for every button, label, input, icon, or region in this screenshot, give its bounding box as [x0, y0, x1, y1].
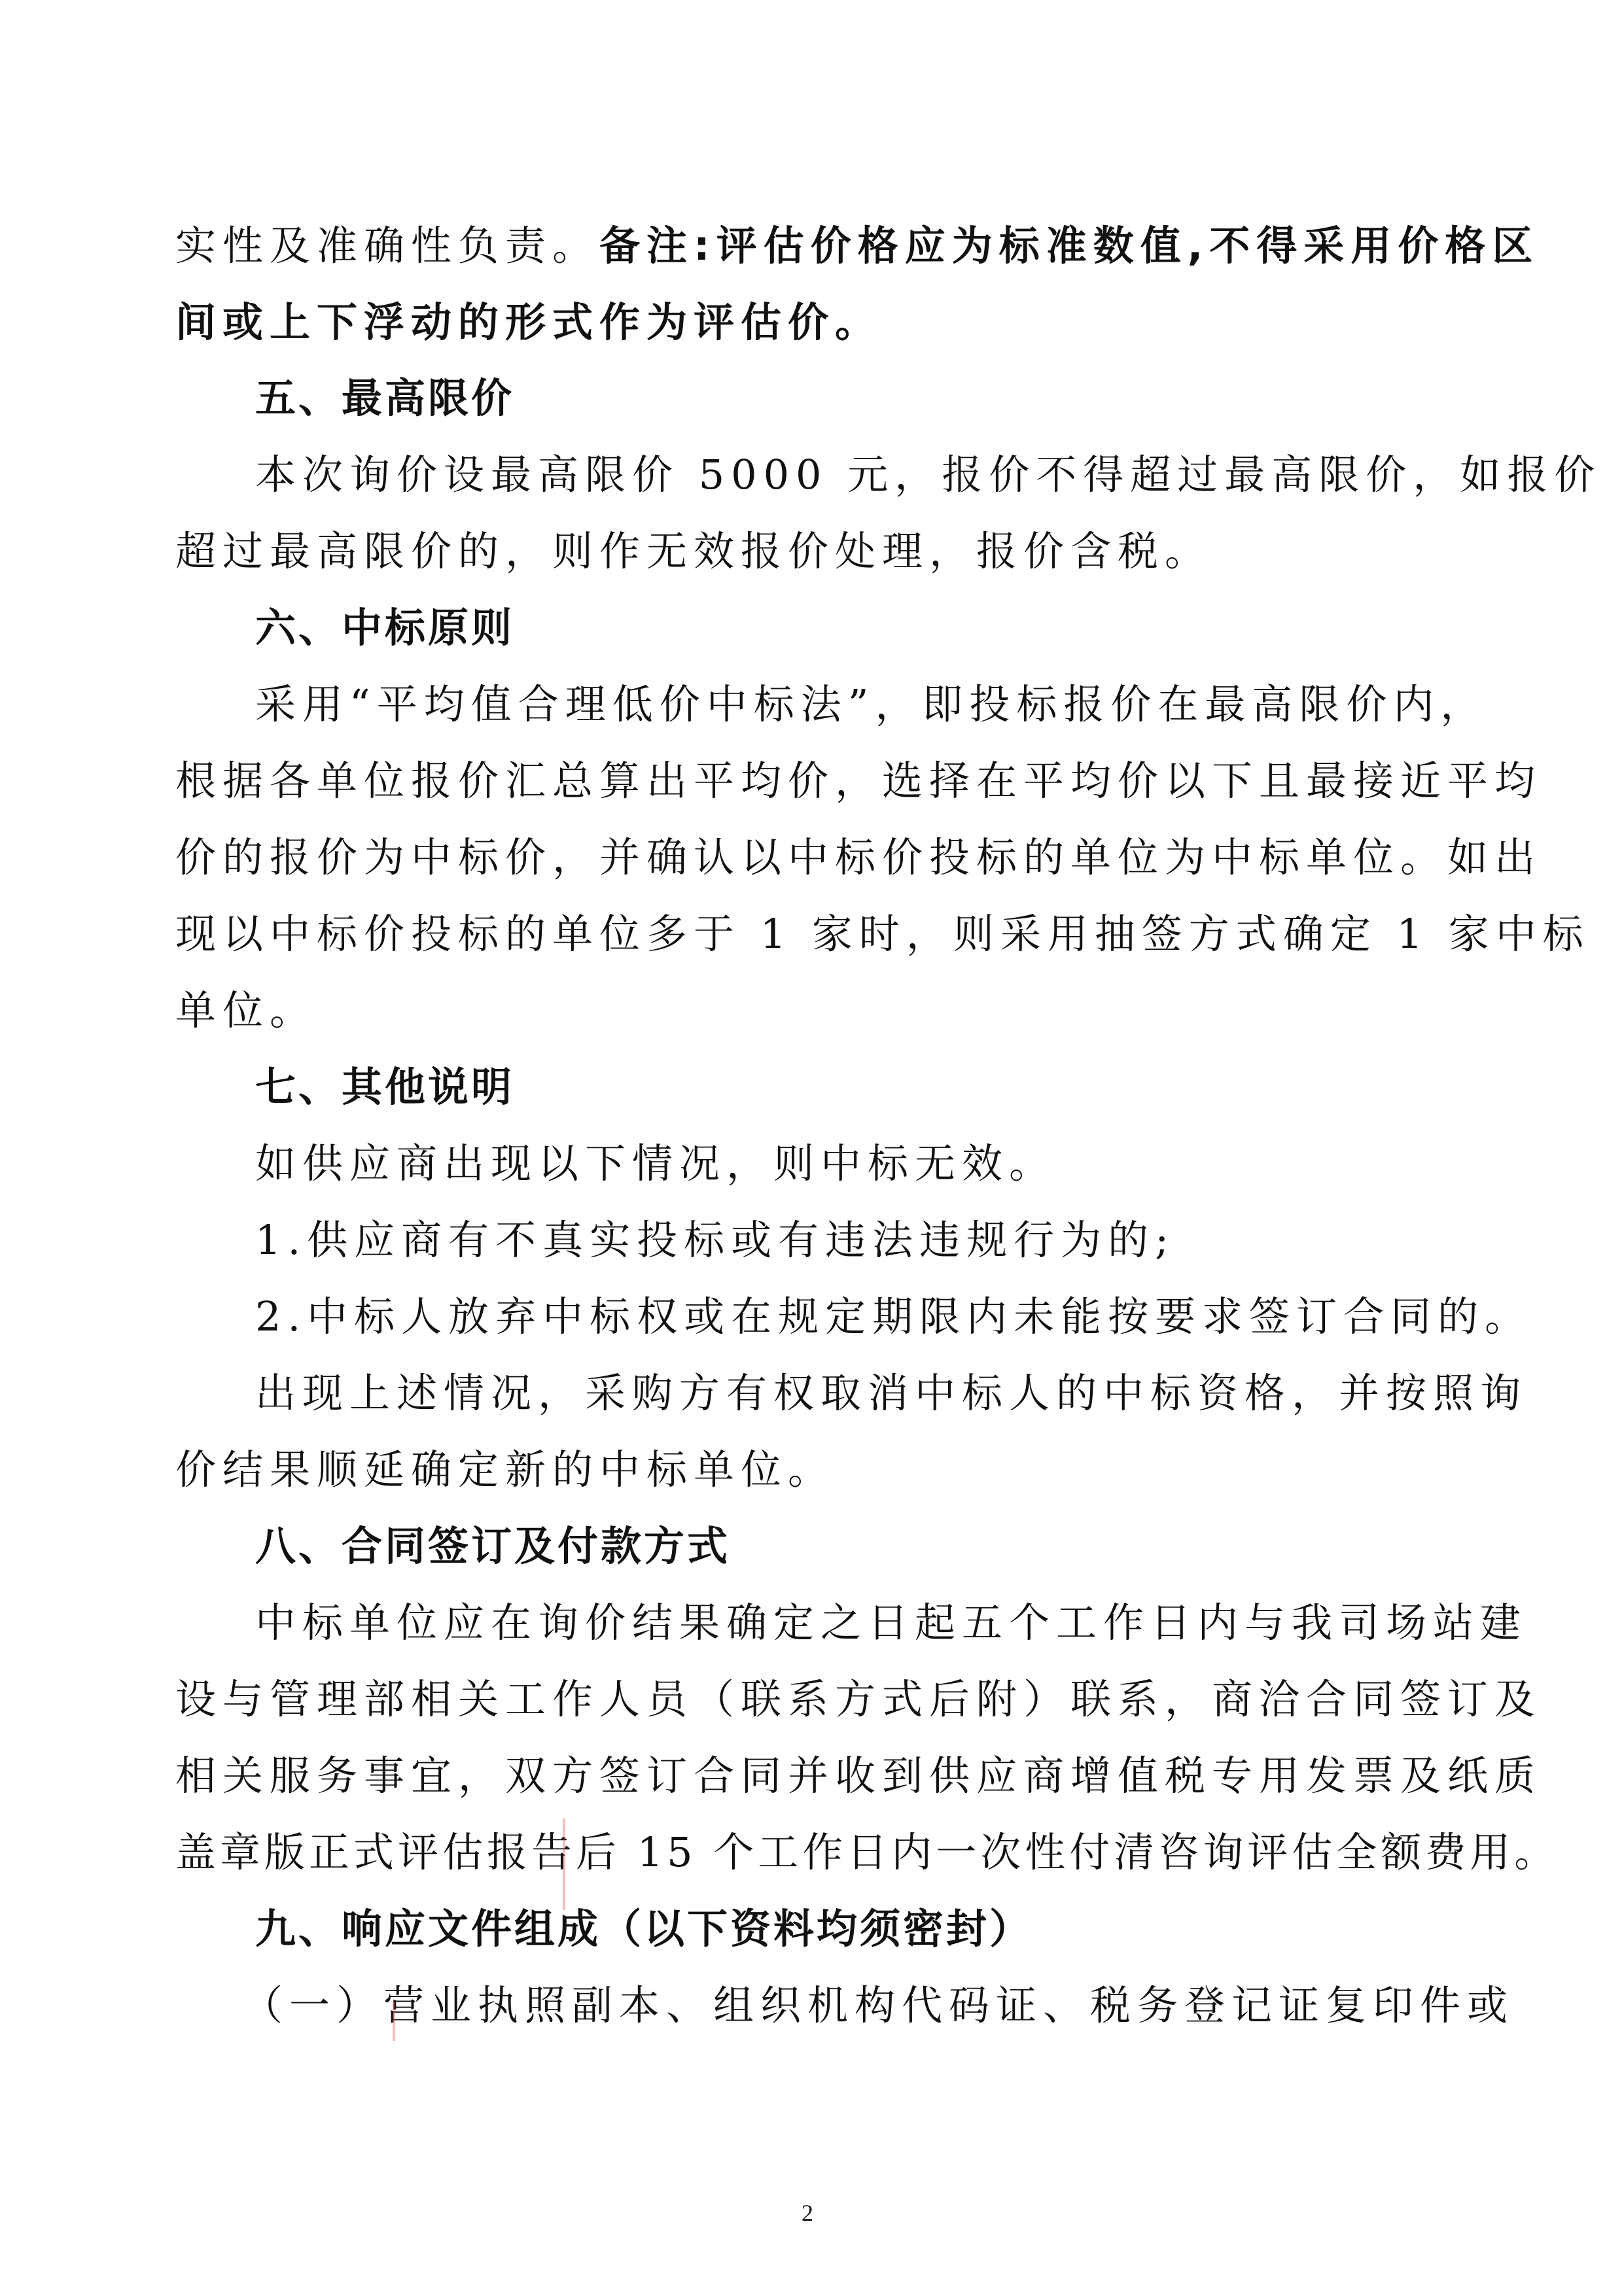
paragraph-line: 盖章版正式评估报告后 15 个工作日内一次性付清咨询评估全额费用。	[175, 1832, 1458, 1873]
paragraph-line: 相关服务事宜，双方签订合同并收到供应商增值税专用发票及纸质	[175, 1756, 1458, 1796]
paragraph-line: 中标单位应在询价结果确定之日起五个工作日内与我司场站建	[255, 1603, 1538, 1643]
paragraph-line: 如供应商出现以下情况，则中标无效。	[255, 1143, 1538, 1184]
page-number: 2	[802, 2199, 813, 2227]
paragraph-line: 出现上述情况，采购方有权取消中标人的中标资格，并按照询	[255, 1373, 1538, 1414]
document-page: 实性及准确性负责。备注:评估价格应为标准数值,不得采用价格区 间或上下浮动的形式…	[0, 0, 1624, 2296]
list-item: 1.供应商有不真实投标或有违法违规行为的;	[255, 1220, 1538, 1261]
paragraph-line: 现以中标价投标的单位多于 1 家时，则采用抽签方式确定 1 家中标	[175, 914, 1458, 954]
paragraph-line: 价的报价为中标价，并确认以中标价投标的单位为中标单位。如出	[175, 837, 1458, 878]
list-item: （一）营业执照副本、组织机构代码证、税务登记证复印件或	[242, 1985, 1525, 2026]
section-heading-other-notes: 七、其他说明	[255, 1067, 1538, 1107]
paragraph-line: 价结果顺延确定新的中标单位。	[175, 1450, 1458, 1490]
paragraph-line: 实性及准确性负责。备注:评估价格应为标准数值,不得采用价格区	[175, 226, 1458, 266]
stamp-residue	[393, 2002, 395, 2041]
list-item: 2.中标人放弃中标权或在规定期限内未能按要求签订合同的。	[255, 1296, 1538, 1337]
stamp-residue	[563, 1818, 565, 1910]
paragraph-line: 超过最高限价的，则作无效报价处理，报价含税。	[175, 531, 1458, 572]
section-heading-max-price: 五、最高限价	[255, 378, 1538, 419]
paragraph-line: 单位。	[175, 990, 1458, 1031]
section-heading-award-principle: 六、中标原则	[255, 608, 1538, 648]
note-text-continued: 间或上下浮动的形式作为评估价。	[175, 302, 1458, 343]
paragraph-line: 设与管理部相关工作人员（联系方式后附）联系，商洽合同签订及	[175, 1679, 1458, 1720]
section-heading-response-documents: 九、响应文件组成（以下资料均须密封）	[255, 1909, 1538, 1949]
note-text: 备注:评估价格应为标准数值,不得采用价格区	[599, 222, 1539, 270]
text-segment: 实性及准确性负责。	[175, 222, 599, 270]
paragraph-line: 采用“平均值合理低价中标法”，即投标报价在最高限价内，	[255, 684, 1538, 725]
paragraph-line: 本次询价设最高限价 5000 元，报价不得超过最高限价，如报价	[255, 455, 1538, 495]
section-heading-contract-payment: 八、合同签订及付款方式	[255, 1526, 1538, 1567]
paragraph-line: 根据各单位报价汇总算出平均价，选择在平均价以下且最接近平均	[175, 761, 1458, 801]
